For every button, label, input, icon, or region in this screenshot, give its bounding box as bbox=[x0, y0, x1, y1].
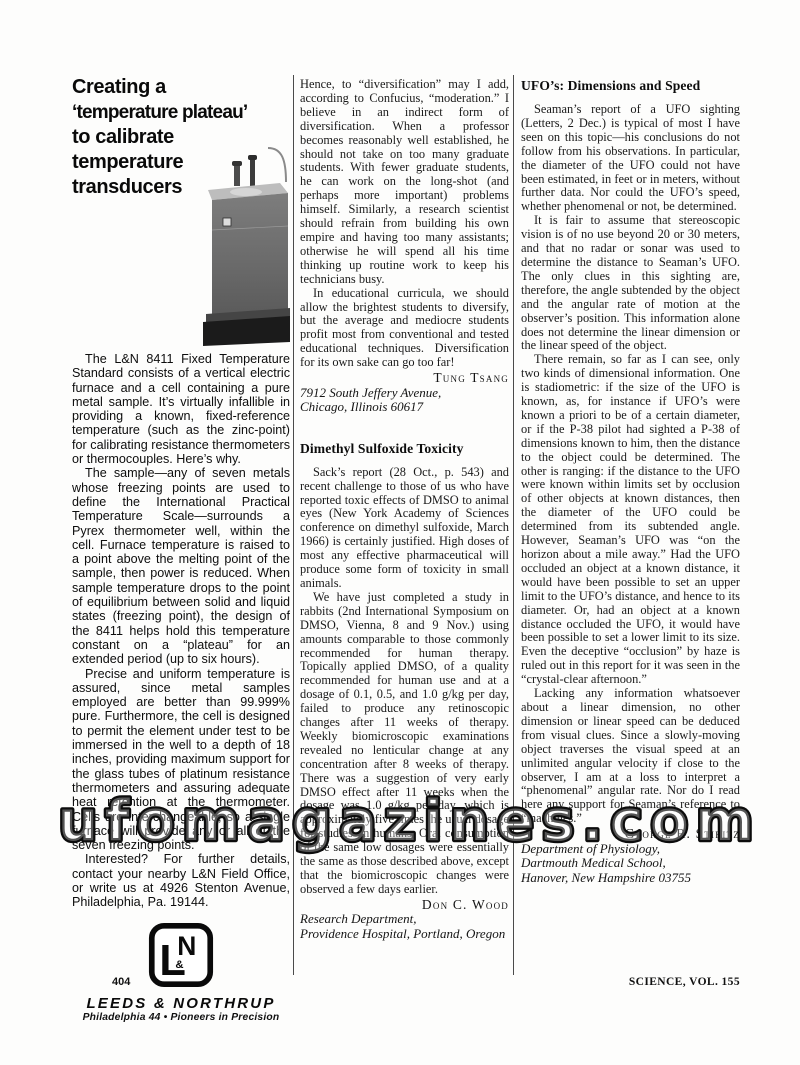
svg-text:&: & bbox=[175, 959, 183, 971]
letter-address-line: Providence Hospital, Portland, Oregon bbox=[300, 927, 509, 942]
svg-text:N: N bbox=[177, 931, 196, 961]
letter-address-line: Department of Physiology, bbox=[521, 842, 740, 857]
letter-heading: UFO’s: Dimensions and Speed bbox=[521, 78, 740, 94]
letter-paragraph: Sack’s report (28 Oct., p. 543) and rece… bbox=[300, 466, 509, 591]
ad-paragraph: The sample—any of seven metals whose fre… bbox=[72, 466, 290, 666]
letter-signature: Tung Tsang bbox=[300, 371, 509, 386]
letter-paragraph: Seaman’s report of a UFO sighting (Lette… bbox=[521, 103, 740, 214]
letter-paragraph: There remain, so far as I can see, only … bbox=[521, 353, 740, 687]
leeds-northrup-wordmark: LEEDS & NORTHRUP bbox=[72, 995, 290, 1012]
ad-paragraph: Interested? For further details, contact… bbox=[72, 852, 290, 909]
journal-volume-label: SCIENCE, VOL. 155 bbox=[629, 976, 740, 988]
letter-signature: George R. Stibitz bbox=[521, 827, 740, 842]
ad-headline-line: ‘temperature plateau’ bbox=[72, 100, 290, 125]
leeds-northrup-tagline: Philadelphia 44 • Pioneers in Precision bbox=[72, 1012, 290, 1023]
ad-paragraph: Precise and uniform temperature is assur… bbox=[72, 667, 290, 853]
ad-headline-line: Creating a bbox=[72, 75, 290, 100]
letter-paragraph: Hence, to “diversification” may I add, a… bbox=[300, 78, 509, 287]
ad-header: Creating a ‘temperature plateau’ to cali… bbox=[72, 75, 290, 352]
middle-column: Hence, to “diversification” may I add, a… bbox=[300, 78, 509, 942]
letter-paragraph: It is fair to assume that stereoscopic v… bbox=[521, 214, 740, 353]
page-number: 404 bbox=[112, 976, 130, 988]
letter-address-line: Chicago, Illinois 60617 bbox=[300, 400, 509, 415]
letter-signature: Don C. Wood bbox=[300, 898, 509, 913]
leeds-northrup-logo-block: L N & LEEDS & NORTHRUP Philadelphia 44 •… bbox=[72, 922, 290, 1023]
magazine-page: Creating a ‘temperature plateau’ to cali… bbox=[0, 0, 800, 1065]
letter-paragraph: In educational curricula, we should allo… bbox=[300, 287, 509, 370]
column-rule-right bbox=[513, 75, 514, 975]
letter-heading: Dimethyl Sulfoxide Toxicity bbox=[300, 441, 509, 457]
letter-address-line: Hanover, New Hampshire 03755 bbox=[521, 871, 740, 886]
letter-address-line: Dartmouth Medical School, bbox=[521, 856, 740, 871]
letter-address-line: 7912 South Jeffery Avenue, bbox=[300, 386, 509, 401]
advertisement-column: Creating a ‘temperature plateau’ to cali… bbox=[72, 75, 290, 1023]
right-column: UFO’s: Dimensions and Speed Seaman’s rep… bbox=[521, 78, 740, 885]
ad-paragraph: The L&N 8411 Fixed Temperature Standard … bbox=[72, 352, 290, 466]
furnace-product-photo bbox=[198, 142, 290, 347]
leeds-northrup-monogram-icon: L N & bbox=[148, 922, 214, 988]
ad-body-copy: The L&N 8411 Fixed Temperature Standard … bbox=[72, 352, 290, 910]
letter-address-line: Research Department, bbox=[300, 912, 509, 927]
letter-paragraph: We have just completed a study in rabbit… bbox=[300, 591, 509, 897]
letter-paragraph: Lacking any information whatsoever about… bbox=[521, 687, 740, 826]
column-rule-left bbox=[293, 75, 294, 975]
